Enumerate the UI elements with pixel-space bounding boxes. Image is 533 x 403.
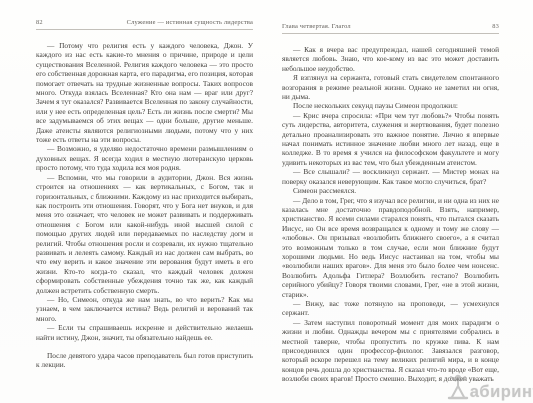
running-head-left: Служение — истинная сущность лидерства: [127, 19, 253, 26]
paragraph: Я взглянул на сержанта, готовый стать св…: [282, 73, 499, 101]
page-left: 82 Служение — истинная сущность лидерств…: [36, 19, 253, 370]
paragraph: — Вспомни, что мы говорили в аудитории, …: [36, 173, 253, 295]
paragraph: — Вижу, вас тоже потянуло на проповеди, …: [282, 299, 499, 318]
page-right: Глава четвертая. Глагол 83 — Как я вчера…: [282, 23, 499, 384]
book-scan-spread: 82 Служение — истинная сущность лидерств…: [0, 0, 533, 403]
page-number-left: 82: [36, 19, 43, 26]
paragraph: — Все слышали? — воскликнул сержант. — М…: [282, 167, 499, 186]
paragraph: — Дело в том, Грег, что я изучал все рел…: [282, 196, 499, 299]
paragraph: — Затем наступил поворотный момент для м…: [282, 318, 499, 384]
running-header-right: Глава четвертая. Глагол 83: [282, 23, 499, 34]
paragraph: — Но, Симеон, откуда же нам знать, во чт…: [36, 295, 253, 323]
running-head-right: Глава четвертая. Глагол: [282, 23, 351, 30]
paragraph: Симеон рассмеялся.: [282, 186, 499, 195]
running-header-left: 82 Служение — истинная сущность лидерств…: [36, 19, 253, 30]
page-body-left: — Потому что религия есть у каждого чело…: [36, 41, 253, 370]
paragraph: После нескольких секунд паузы Симеон про…: [282, 101, 499, 110]
paragraph: — Крис вчера спросила: «При чем тут любо…: [282, 111, 499, 167]
paragraph: — Возможно, я уделяю недостаточно времен…: [36, 144, 253, 172]
paragraph: — Потому что религия есть у каждого чело…: [36, 41, 253, 144]
labirint-wordmark: абиринт: [470, 384, 533, 401]
page-number-right: 83: [492, 23, 499, 30]
page-body-right: — Как я вчера вас предупреждал, нашей се…: [282, 45, 499, 384]
paragraph: — Как я вчера вас предупреждал, нашей се…: [282, 45, 499, 73]
paragraph: — Если ты спрашиваешь искренне и действи…: [36, 323, 253, 342]
paragraph: После девятого удара часов преподаватель…: [36, 351, 253, 370]
